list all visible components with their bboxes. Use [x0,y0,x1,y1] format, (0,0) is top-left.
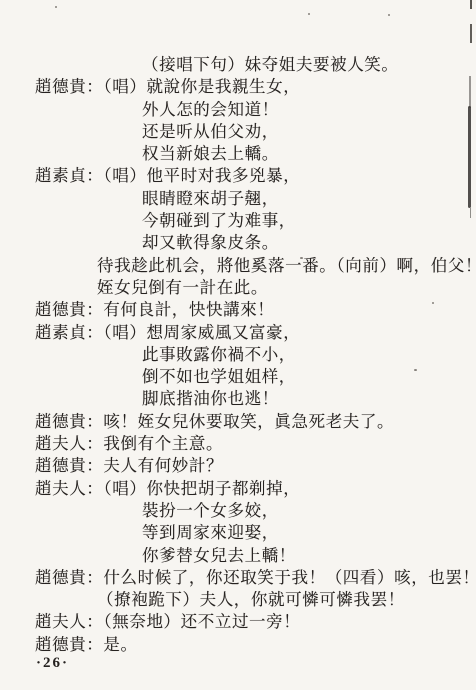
line-text: 还是听从伯父劝， [142,122,279,141]
script-line: 趙素貞：（唱）他平时对我多兇暴， [0,165,476,187]
line-text: 夫人有何妙計？ [103,456,223,475]
line-text: 权当新娘去上轎。 [142,144,279,163]
script-line: 趙素貞：（唱）想周家威風又富豪， [0,322,476,344]
scanned-script-page: （接唱下句）妹夺姐夫要被人笑。趙德貴：（唱）就說你是我親生女，外人怎的会知道！还… [0,0,476,690]
speaker-name: 趙德貴： [35,412,103,431]
script-line: 趙德貴：咳！姪女兒休要取笑，眞急死老夫了。 [0,411,476,433]
script-line: 趙德貴：什么时候了，你还取笑于我！（四看）咳，也罢！ [0,567,476,589]
line-text: （無奈地）还不立过一旁！ [103,612,300,631]
scan-speck [55,6,57,8]
line-text: 咳！姪女兒休要取笑，眞急死老夫了。 [103,412,394,431]
line-text: 姪女兒倒有一計在此。 [97,278,268,297]
script-line: 还是听从伯父劝， [0,121,476,143]
script-line: 等到周家來迎娶， [0,522,476,544]
script-line: 你爹替女兒去上轎！ [0,545,476,567]
script-line: 眼睛瞪來胡子翹， [0,188,476,210]
line-text: （唱）你快把胡子都剃掉， [103,479,300,498]
line-text: 倒不如也学姐姐样， [142,367,296,386]
speaker-name: 趙德貴： [35,77,103,96]
script-line: 趙德貴：夫人有何妙計？ [0,455,476,477]
script-line: 外人怎的会知道！ [0,99,476,121]
line-text: 什么时候了，你还取笑于我！（四看）咳，也罢！ [103,568,476,587]
line-text: 外人怎的会知道！ [142,100,279,119]
script-line: 今朝碰到了为难事， [0,210,476,232]
line-text: （接唱下句）妹夺姐夫要被人笑。 [142,55,399,74]
line-text: 裝扮一个女多姣， [142,501,279,520]
line-text: 待我趁此机会，將他奚落一番。（向前）啊，伯父！ [97,256,476,275]
speaker-name: 趙德貴： [35,568,103,587]
script-line: 趙夫人：（無奈地）还不立过一旁！ [0,611,476,633]
script-line: 待我趁此机会，將他奚落一番。（向前）啊，伯父！ [0,255,476,277]
script-line: （撩袍跪下）夫人，你就可憐可憐我罢！ [0,589,476,611]
line-text: 眼睛瞪來胡子翹， [142,189,279,208]
binding-line-artifact [469,76,471,108]
scan-speck [388,14,390,16]
scan-speck [308,13,310,15]
line-text: 有何良計，快快講來！ [103,300,274,319]
line-text: 你爹替女兒去上轎！ [142,546,296,565]
speaker-name: 趙德貴： [35,635,103,654]
script-line: 趙德貴：（唱）就說你是我親生女， [0,76,476,98]
script-line: 趙德貴：是。 [0,634,476,656]
script-line: 却又軟得象皮条。 [0,232,476,254]
script-line: 趙德貴：有何良計，快快講來！ [0,299,476,321]
line-text: （唱）想周家威風又富豪， [103,323,300,342]
binding-line-artifact [470,0,472,9]
binding-line-artifact [468,106,471,208]
scan-speck [300,257,303,259]
line-text: （唱）就說你是我親生女， [103,77,300,96]
page-number: ·26· [36,655,69,672]
script-text-block: （接唱下句）妹夺姐夫要被人笑。趙德貴：（唱）就說你是我親生女，外人怎的会知道！还… [0,54,476,656]
script-line: 此事敗露你禍不小， [0,344,476,366]
line-text: 我倒有个主意。 [103,434,223,453]
script-line: 裝扮一个女多姣， [0,500,476,522]
scan-speck [432,302,434,304]
script-line: 趙夫人：（唱）你快把胡子都剃掉， [0,478,476,500]
line-text: 此事敗露你禍不小， [142,345,296,364]
speaker-name: 趙夫人： [35,612,103,631]
line-text: 等到周家來迎娶， [142,523,279,542]
speaker-name: 趙素貞： [35,166,103,185]
script-line: （接唱下句）妹夺姐夫要被人笑。 [0,54,476,76]
scan-speck [414,369,417,371]
line-text: 却又軟得象皮条。 [142,233,279,252]
line-text: 是。 [103,635,137,654]
script-line: 趙夫人：我倒有个主意。 [0,433,476,455]
script-line: 脚底揩油你也逃！ [0,388,476,410]
speaker-name: 趙德貴： [35,456,103,475]
line-text: （撩袍跪下）夫人，你就可憐可憐我罢！ [97,590,405,609]
speaker-name: 趙德貴： [35,300,103,319]
binding-line-artifact [470,208,471,218]
script-line: 姪女兒倒有一計在此。 [0,277,476,299]
line-text: （唱）他平时对我多兇暴， [103,166,300,185]
binding-line-artifact [470,24,472,43]
speaker-name: 趙素貞： [35,323,103,342]
script-line: 倒不如也学姐姐样， [0,366,476,388]
script-line: 权当新娘去上轎。 [0,143,476,165]
line-text: 脚底揩油你也逃！ [142,389,279,408]
line-text: 今朝碰到了为难事， [142,211,296,230]
speaker-name: 趙夫人： [35,434,103,453]
speaker-name: 趙夫人： [35,479,103,498]
